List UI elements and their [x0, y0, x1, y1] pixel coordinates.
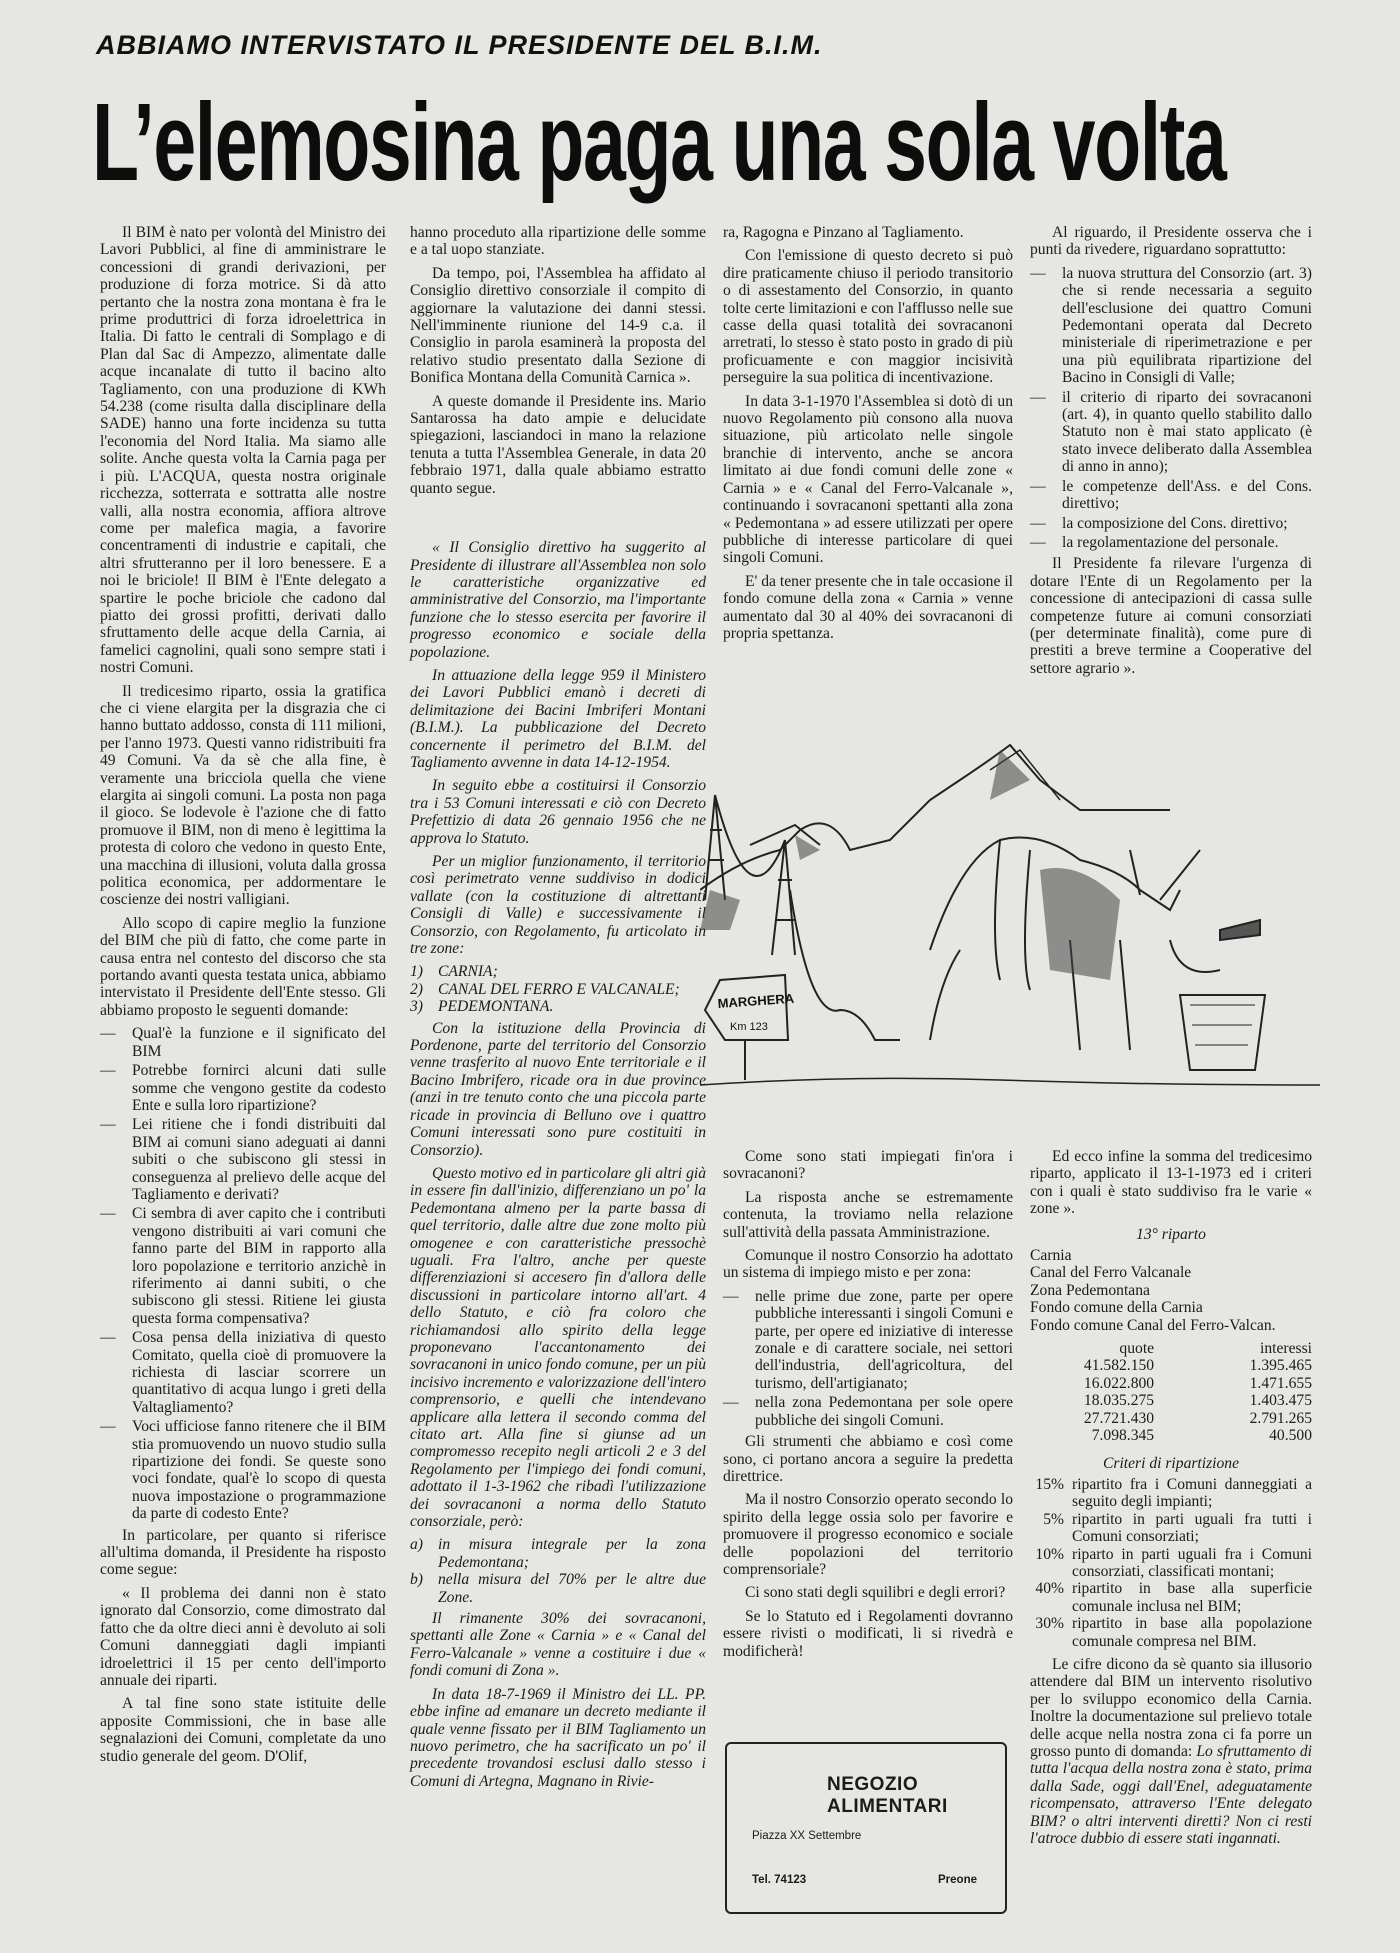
riparto-zone: Fondo comune Canal del Ferro-Valcan. [1030, 1317, 1312, 1334]
quote-paragraph: Come sono stati impiegati fin'ora i sovr… [723, 1148, 1013, 1183]
quote-paragraph: ra, Ragogna e Pinzano al Tagliamento. [723, 224, 1013, 241]
paragraph: Ed ecco infine la somma del tredicesimo … [1030, 1148, 1312, 1218]
article-column-1: Il BIM è nato per volontà del Ministro d… [100, 224, 386, 1771]
ad-store-name: NEGOZIO ALIMENTARI [827, 1774, 948, 1818]
quote-paragraph: Il Presidente fa rilevare l'urgenza di d… [1030, 555, 1312, 677]
paragraph: hanno proceduto alla ripartizione delle … [410, 224, 706, 259]
ad-phone: Tel. 74123 [752, 1874, 806, 1886]
power-cable [790, 890, 900, 1040]
sub-item: b)nella misura del 70% per le altre due … [410, 1571, 706, 1606]
table-row: 16.022.800 1.471.655 [1030, 1375, 1312, 1392]
zone-label: CANAL DEL FERRO E VALCANALE; [438, 981, 680, 998]
paragraph: « Il problema dei danni non è stato igno… [100, 1585, 386, 1689]
quote-paragraph: La risposta anche se estremamente conten… [723, 1189, 1013, 1241]
quote-paragraph: Con la istituzione della Provincia di Po… [410, 1020, 706, 1159]
review-point: la regolamentazione del personale. [1030, 534, 1312, 551]
criteri-title: Criteri di ripartizione [1030, 1455, 1312, 1472]
cell-quote: 18.035.275 [1030, 1392, 1154, 1409]
review-point: la nuova struttura del Consorzio (art. 3… [1030, 265, 1312, 387]
criterio-text: ripartito in parti uguali fra tutti i Co… [1072, 1511, 1312, 1546]
quote-paragraph: Questo motivo ed in particolare gli altr… [410, 1165, 706, 1531]
closing-paragraph: Le cifre dicono da sè quanto sia illusor… [1030, 1656, 1312, 1847]
ad-name-line-2: ALIMENTARI [827, 1796, 948, 1818]
criterio-pct: 40% [1030, 1580, 1064, 1615]
zone-item: 2)CANAL DEL FERRO E VALCANALE; [410, 981, 706, 998]
paragraph: Allo scopo di capire meglio la funzione … [100, 915, 386, 1019]
criterio-item: 15%ripartito fra i Comuni danneggiati a … [1030, 1476, 1312, 1511]
zone-label: PEDEMONTANA. [438, 998, 553, 1015]
sign-text: MARGHERA [717, 991, 795, 1011]
ad-address: Piazza XX Settembre [752, 1830, 861, 1842]
advertisement-box: NEGOZIO ALIMENTARI Piazza XX Settembre T… [725, 1742, 1007, 1914]
sub-label: in misura integrale per la zona Pedemont… [438, 1536, 706, 1570]
zone-number: 3) [410, 998, 423, 1015]
usage-item: nella zona Pedemontana per sole opere pu… [723, 1394, 1013, 1429]
quote-paragraph: In attuazione della legge 959 il Ministe… [410, 667, 706, 771]
basket [1180, 995, 1265, 1070]
article-column-3: ra, Ragogna e Pinzano al Tagliamento. Co… [723, 224, 1013, 648]
questions-list: Qual'è la funzione e il significato del … [100, 1025, 386, 1522]
table-header-row: quote interessi [1030, 1340, 1312, 1357]
quote-paragraph: E' da tener presente che in tale occasio… [723, 573, 1013, 643]
review-point: la composizione del Cons. direttivo; [1030, 515, 1312, 532]
cell-interessi: 1.395.465 [1154, 1357, 1312, 1374]
sub-letter: b) [410, 1571, 423, 1588]
cell-quote: 41.582.150 [1030, 1357, 1154, 1374]
question-item: Voci ufficiose fanno ritenere che il BIM… [100, 1418, 386, 1522]
magazine-page: ABBIAMO INTERVISTATO IL PRESIDENTE DEL B… [0, 0, 1400, 1953]
criterio-item: 30%ripartito in base alla popolazione co… [1030, 1615, 1312, 1650]
quote-paragraph: Comunque il nostro Consorzio ha adottato… [723, 1247, 1013, 1282]
criterio-pct: 5% [1030, 1511, 1064, 1546]
quote-paragraph: Gli strumenti che abbiamo e così come so… [723, 1433, 1013, 1485]
paragraph: Il BIM è nato per volontà del Ministro d… [100, 224, 386, 677]
criterio-item: 5%ripartito in parti uguali fra tutti i … [1030, 1511, 1312, 1546]
cartoon-illustration: MARGHERA Km 123 [700, 740, 1320, 1120]
riparto-zone: Carnia [1030, 1247, 1312, 1264]
paragraph: Da tempo, poi, l'Assemblea ha affidato a… [410, 265, 706, 387]
criterio-text: ripartito in base alla superficie comuna… [1072, 1580, 1312, 1615]
article-column-2: hanno proceduto alla ripartizione delle … [410, 224, 706, 1796]
quote-paragraph: Ci sono stati degli squilibri e degli er… [723, 1584, 1013, 1601]
table-row: 18.035.275 1.403.475 [1030, 1392, 1312, 1409]
cell-interessi: 40.500 [1154, 1427, 1312, 1444]
zone-number: 2) [410, 981, 423, 998]
riparto-zone: Canal del Ferro Valcanale [1030, 1264, 1312, 1281]
article-column-4-lower: Ed ecco infine la somma del tredicesimo … [1030, 1148, 1312, 1853]
pipe [1170, 940, 1220, 972]
usage-item: nelle prime due zone, parte per opere pu… [723, 1288, 1013, 1392]
kicker: ABBIAMO INTERVISTATO IL PRESIDENTE DEL B… [96, 30, 823, 61]
col-header-quote: quote [1030, 1340, 1154, 1357]
criterio-item: 40%ripartito in base alla superficie com… [1030, 1580, 1312, 1615]
trough [1220, 920, 1260, 940]
cell-quote: 16.022.800 [1030, 1375, 1154, 1392]
zones-list: 1)CARNIA; 2)CANAL DEL FERRO E VALCANALE;… [410, 963, 706, 1015]
review-point: il criterio di riparto dei sovracanoni (… [1030, 389, 1312, 476]
zone-item: 1)CARNIA; [410, 963, 706, 980]
criterio-pct: 30% [1030, 1615, 1064, 1650]
question-item: Cosa pensa della iniziativa di questo Co… [100, 1329, 386, 1416]
paragraph: Il tredicesimo riparto, ossia la gratifi… [100, 683, 386, 909]
riparto-zones: Carnia Canal del Ferro Valcanale Zona Pe… [1030, 1247, 1312, 1334]
criterio-text: riparto in parti uguali fra i Comuni con… [1072, 1546, 1312, 1581]
col-header-interessi: interessi [1154, 1340, 1312, 1357]
quote-paragraph: Con l'emissione di questo decreto si può… [723, 247, 1013, 386]
quote-paragraph: In data 18-7-1969 il Ministro dei LL. PP… [410, 1686, 706, 1790]
quote-paragraph: Se lo Statuto ed i Regolamenti dovranno … [723, 1608, 1013, 1660]
review-points-list: la nuova struttura del Consorzio (art. 3… [1030, 265, 1312, 552]
quote-paragraph: Il rimanente 30% dei sovracanoni, spetta… [410, 1610, 706, 1680]
ad-name-line-1: NEGOZIO [827, 1774, 948, 1796]
cell-quote: 27.721.430 [1030, 1410, 1154, 1427]
article-column-4: Al riguardo, il Presidente osserva che i… [1030, 224, 1312, 683]
ad-town: Preone [938, 1874, 977, 1886]
hatching [700, 750, 1120, 980]
zone-label: CARNIA; [438, 963, 498, 980]
paragraph: A tal fine sono state istituite delle ap… [100, 1695, 386, 1765]
question-item: Qual'è la funzione e il significato del … [100, 1025, 386, 1060]
quote-paragraph: Per un miglior funzionamento, il territo… [410, 853, 706, 957]
paragraph: In particolare, per quanto si riferisce … [100, 1527, 386, 1579]
sign-km: Km 123 [730, 1021, 768, 1033]
question-item: Lei ritiene che i fondi distribuiti dal … [100, 1116, 386, 1203]
criterio-pct: 10% [1030, 1546, 1064, 1581]
table-row: 41.582.150 1.395.465 [1030, 1357, 1312, 1374]
question-item: Potrebbe fornirci alcuni dati sulle somm… [100, 1062, 386, 1114]
quote-paragraph: In seguito ebbe a costituirsi il Consorz… [410, 777, 706, 847]
cell-interessi: 1.403.475 [1154, 1392, 1312, 1409]
sub-item: a)in misura integrale per la zona Pedemo… [410, 1536, 706, 1571]
headline: L’elemosina paga una sola volta [92, 88, 1225, 198]
criterio-item: 10%riparto in parti uguali fra i Comuni … [1030, 1546, 1312, 1581]
cell-interessi: 1.471.655 [1154, 1375, 1312, 1392]
usage-list: nelle prime due zone, parte per opere pu… [723, 1288, 1013, 1429]
paragraph: A queste domande il Presidente ins. Mari… [410, 393, 706, 497]
sub-list: a)in misura integrale per la zona Pedemo… [410, 1536, 706, 1606]
quote-paragraph: In data 3-1-1970 l'Assemblea si dotò di … [723, 393, 1013, 567]
criterio-pct: 15% [1030, 1476, 1064, 1511]
riparto-table: quote interessi 41.582.150 1.395.465 16.… [1030, 1340, 1312, 1444]
question-item: Ci sembra di aver capito che i contribut… [100, 1205, 386, 1327]
article-column-3-lower: Come sono stati impiegati fin'ora i sovr… [723, 1148, 1013, 1666]
quote-paragraph: Al riguardo, il Presidente osserva che i… [1030, 224, 1312, 259]
sub-letter: a) [410, 1536, 423, 1553]
zone-number: 1) [410, 963, 423, 980]
cell-quote: 7.098.345 [1030, 1427, 1154, 1444]
review-point: le competenze dell'Ass. e del Cons. dire… [1030, 478, 1312, 513]
riparto-zone: Zona Pedemontana [1030, 1282, 1312, 1299]
table-row: 27.721.430 2.791.265 [1030, 1410, 1312, 1427]
criterio-text: ripartito in base alla popolazione comun… [1072, 1615, 1312, 1650]
spacer [410, 503, 706, 539]
zone-item: 3)PEDEMONTANA. [410, 998, 706, 1015]
riparto-title: 13° riparto [1030, 1226, 1312, 1243]
riparto-zone: Fondo comune della Carnia [1030, 1299, 1312, 1316]
table-row: 7.098.345 40.500 [1030, 1427, 1312, 1444]
criterio-text: ripartito fra i Comuni danneggiati a seg… [1072, 1476, 1312, 1511]
quote-paragraph: « Il Consiglio direttivo ha suggerito al… [410, 539, 706, 661]
sub-label: nella misura del 70% per le altre due Zo… [438, 1571, 706, 1605]
quote-paragraph: Ma il nostro Consorzio operato secondo l… [723, 1491, 1013, 1578]
cell-interessi: 2.791.265 [1154, 1410, 1312, 1427]
